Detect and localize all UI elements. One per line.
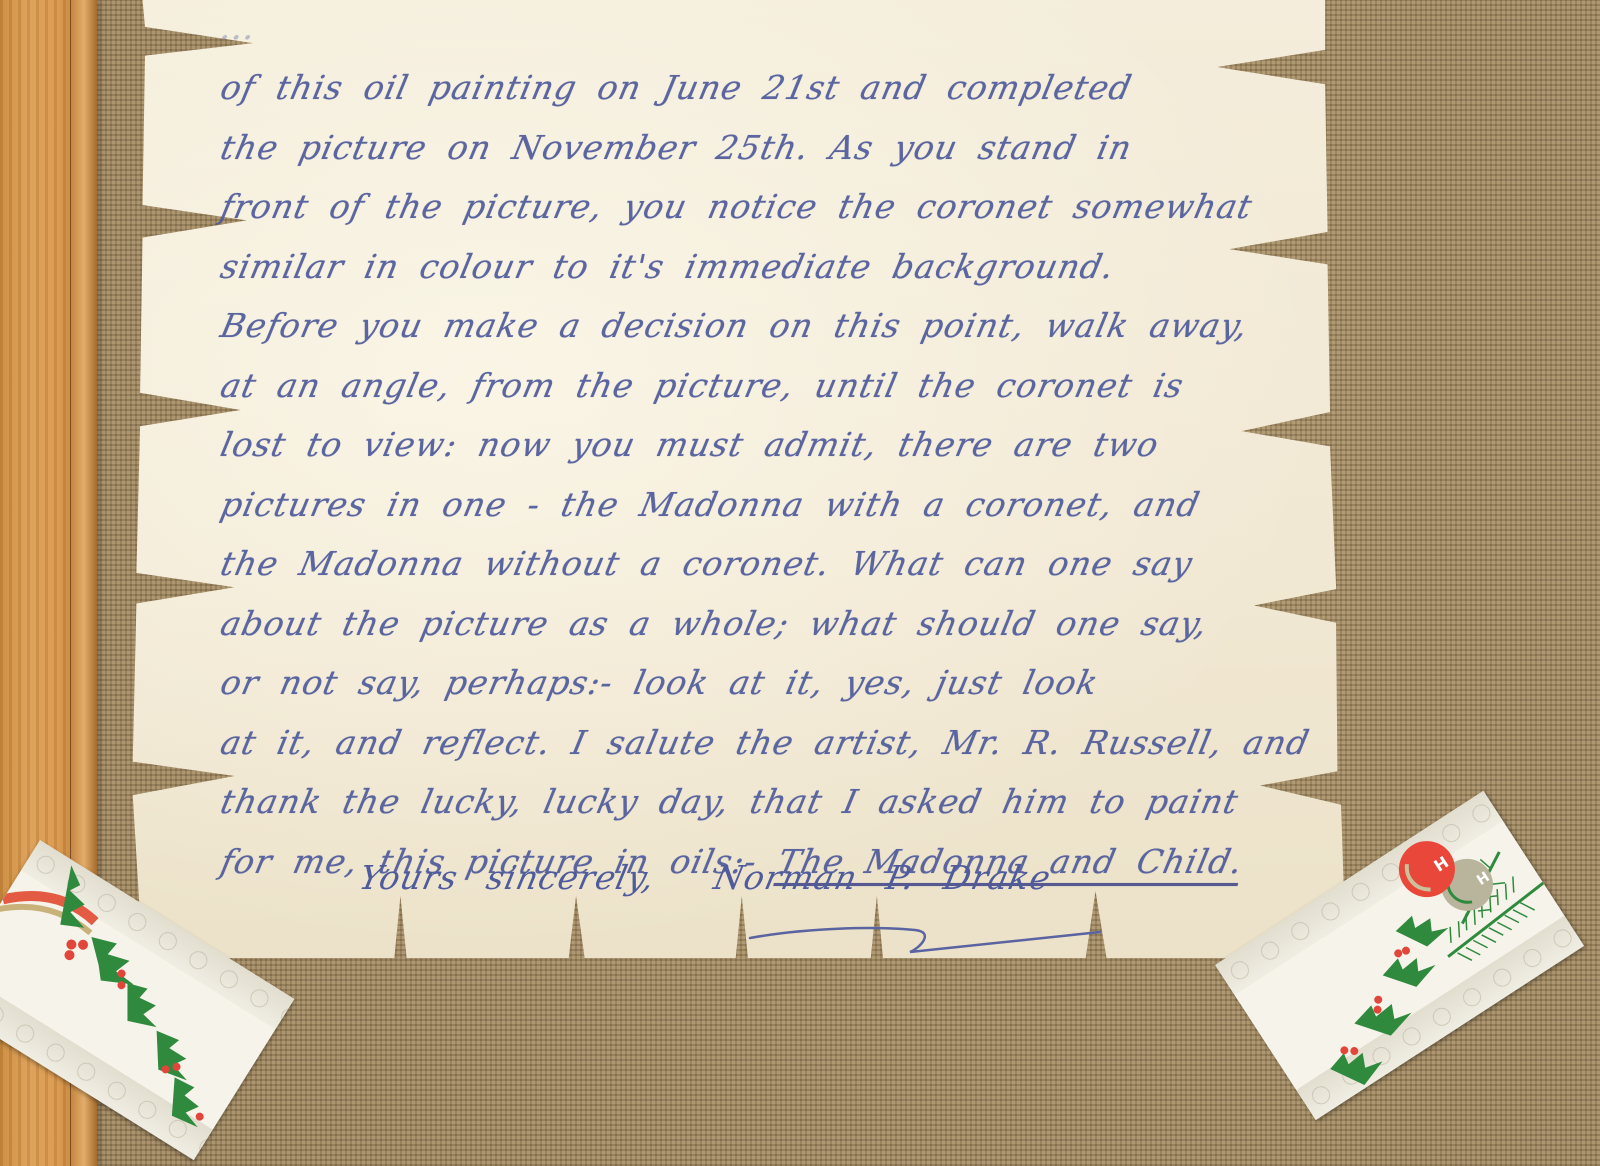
letter-line: similar in colour to it's immediate back…	[215, 237, 1338, 297]
handwritten-letter-body: ... of this oil painting on June 21st an…	[215, 18, 1325, 891]
letter-line: Before you make a decision on this point…	[215, 296, 1338, 356]
letter-line: at it, and reflect. I salute the artist,…	[215, 713, 1338, 773]
letter-line: lost to view: now you must admit, there …	[215, 415, 1338, 475]
signature: Norman P. Drake	[710, 858, 1054, 897]
letter-line: at an angle, from the picture, until the…	[215, 356, 1338, 416]
letter-line: about the picture as a whole; what shoul…	[215, 594, 1338, 654]
letter-line-cut-off: ...	[215, 18, 1334, 58]
letter-line: of this oil painting on June 21st and co…	[215, 58, 1338, 118]
letter-line: front of the picture, you notice the cor…	[215, 177, 1338, 237]
letter-line: thank the lucky, lucky day, that I asked…	[215, 772, 1338, 832]
letter-line: the Madonna without a coronet. What can …	[215, 534, 1338, 594]
letter-line: the picture on November 25th. As you sta…	[215, 118, 1338, 178]
letter-line: pictures in one - the Madonna with a cor…	[215, 475, 1338, 535]
closing-text: Yours sincerely,	[356, 858, 659, 897]
letter-line: or not say, perhaps:- look at it, yes, j…	[215, 653, 1338, 713]
signature-flourish-icon	[745, 918, 1105, 958]
letter-signoff: Yours sincerely,Norman P. Drake	[356, 858, 1055, 897]
